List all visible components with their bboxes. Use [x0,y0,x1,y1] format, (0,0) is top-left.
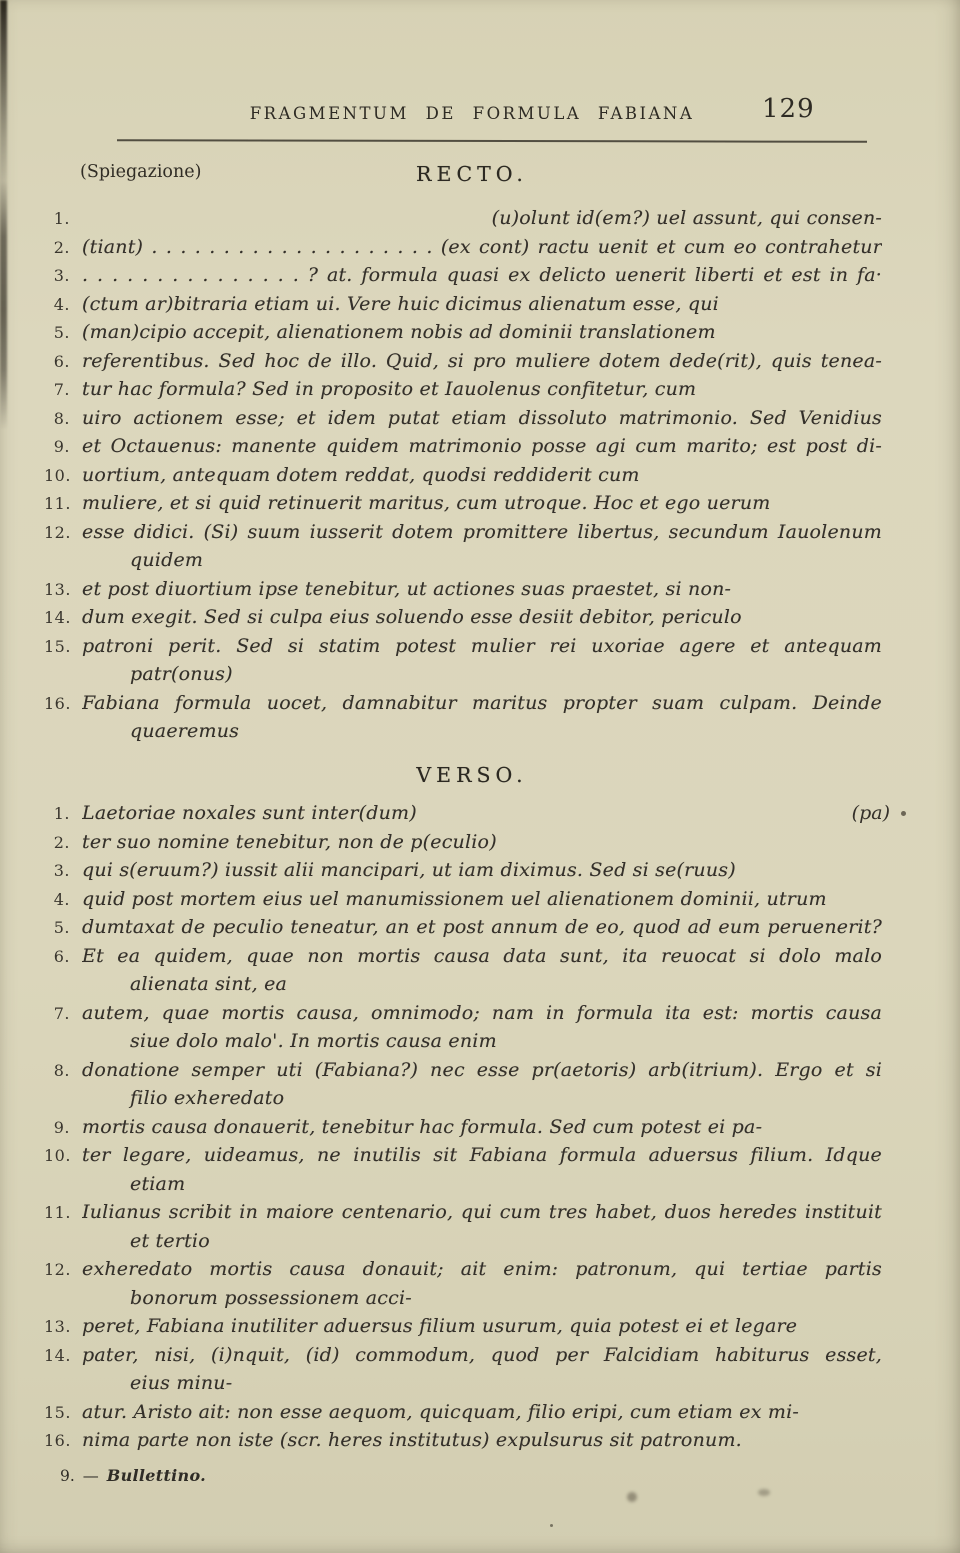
line-text: Fabiana formula uocet, damnabitur maritu… [82,689,882,718]
line-number: 6. [44,348,70,377]
line-number: 9. [44,433,70,462]
recto-text-line: 12. esse didici. (Si) suum iusserit dote… [44,518,890,547]
recto-text-line: 8. uiro actionem esse; et idem putat eti… [44,404,890,433]
footnote-dash: — [83,1466,99,1485]
line-text: dumtaxat de peculio teneatur, an et post… [82,913,882,942]
recto-text-line: 14. dum exegit. Sed si culpa eius soluen… [44,603,890,632]
line-text: peret, Fabiana inutiliter aduersus filiu… [82,1312,882,1341]
line-text: eius minu- [82,1369,882,1398]
recto-text-line: 16. Fabiana formula uocet, damnabitur ma… [44,689,890,718]
recto-text-line: quaeremus [44,717,890,746]
header-rule [117,139,867,143]
line-text: etiam [82,1170,882,1199]
line-number: 9. [44,1114,70,1143]
recto-text-line: 4. (ctum ar)bitraria etiam ui. Vere huic… [44,290,890,319]
line-text: exheredato mortis causa donauit; ait eni… [82,1255,882,1284]
line-text: mortis causa donauerit, tenebitur hac fo… [82,1113,882,1142]
recto-text-line: 10. uortium, antequam dotem reddat, quod… [44,461,890,490]
footnote: 9.—Bullettino. [60,1466,206,1485]
line-text: tur hac formula? Sed in proposito et Iau… [82,375,882,404]
recto-text-line: patr(onus) [44,660,890,689]
recto-text-line: 9. et Octauenus: manente quidem matrimon… [44,432,890,461]
recto-text-line: 7. tur hac formula? Sed in proposito et … [44,375,890,404]
line-text: quaeremus [82,717,882,746]
line-text: (u)olunt id(em?) uel assunt, qui consen- [82,204,882,233]
line-text: atur. Aristo ait: non esse aequom, quicq… [82,1398,882,1427]
recto-lines: 1. (u)olunt id(em?) uel assunt, qui cons… [44,204,890,746]
binding-shadow [0,0,7,430]
line-text: Et ea quidem, quae non mortis causa data… [82,942,882,971]
verso-text-line: 12. exheredato mortis causa donauit; ait… [44,1255,890,1284]
page-number: 129 [762,94,815,124]
line-number: 1. [44,205,70,234]
verso-text-line: 6. Et ea quidem, quae non mortis causa d… [44,942,890,971]
line-text: et tertio [82,1227,882,1256]
line-number: 11. [44,490,70,519]
line-text: (ctum ar)bitraria etiam ui. Vere huic di… [82,290,882,319]
recto-text-line: 11. muliere, et si quid retinuerit marit… [44,489,890,518]
line-text: et post diuortium ipse tenebitur, ut act… [82,575,882,604]
line-number: 1. [44,800,70,829]
recto-text-line: 2. (tiant) . . . . . . . . . . . . . . .… [44,233,890,262]
line-number: 8. [44,1057,70,1086]
recto-text-line: 3. . . . . . . . . . . . . . . . ? at. f… [44,261,890,290]
line-number: 12. [44,1256,70,1285]
verso-text-line: 4. quid post mortem eius uel manumission… [44,885,890,914]
line-text: quid post mortem eius uel manumissionem … [82,885,882,914]
line-text: ter suo nomine tenebitur, non de p(eculi… [82,828,882,857]
verso-text-line: 5. dumtaxat de peculio teneatur, an et p… [44,913,890,942]
line-number: 3. [44,262,70,291]
line-number: 2. [44,234,70,263]
line-number: 12. [44,519,70,548]
verso-text-line: 14. pater, nisi, (i)nquit, (id) commodum… [44,1341,890,1370]
line-number: 13. [44,1313,70,1342]
line-number: 5. [44,914,70,943]
line-text: donatione semper uti (Fabiana?) nec esse… [82,1056,882,1085]
line-number: 14. [44,604,70,633]
line-number: 10. [44,1142,70,1171]
line-text: ter legare, uideamus, ne inutilis sit Fa… [82,1141,882,1170]
line-text: uortium, antequam dotem reddat, quodsi r… [82,461,882,490]
verso-text-line: etiam [44,1170,890,1199]
line-text: muliere, et si quid retinuerit maritus, … [82,489,882,518]
verso-text-line: 1. Laetoriae noxales sunt inter(dum) (pa… [44,799,890,828]
verso-text-line: bonorum possessionem acci- [44,1284,890,1313]
line-text: autem, quae mortis causa, omnimodo; nam … [82,999,882,1028]
recto-text-line: 15. patroni perit. Sed si statim potest … [44,632,890,661]
line-number: 16. [44,690,70,719]
verso-text-line: eius minu- [44,1369,890,1398]
line-text: patr(onus) [82,660,882,689]
line-number: 14. [44,1342,70,1371]
line-number: 15. [44,1399,70,1428]
line-number: 13. [44,576,70,605]
verso-text-line: 10. ter legare, uideamus, ne inutilis si… [44,1141,890,1170]
recto-text-line: 6. referentibus. Sed hoc de illo. Quid, … [44,347,890,376]
line-number: 11. [44,1199,70,1228]
line-text: filio exheredato [82,1084,882,1113]
footnote-text: Bullettino. [107,1466,206,1485]
line-number: 7. [44,376,70,405]
verso-text-line: 3. qui s(eruum?) iussit alii mancipari, … [44,856,890,885]
line-text: pater, nisi, (i)nquit, (id) commodum, qu… [82,1341,882,1370]
line-text: (tiant) . . . . . . . . . . . . . . . . … [82,233,882,262]
verso-text-line: 13. peret, Fabiana inutiliter aduersus f… [44,1312,890,1341]
line-text: bonorum possessionem acci- [82,1284,882,1313]
line-number: 7. [44,1000,70,1029]
recto-text-line: 5. (man)cipio accepit, alienationem nobi… [44,318,890,347]
verso-text-line: 7. autem, quae mortis causa, omnimodo; n… [44,999,890,1028]
recto-heading: RECTO. [0,162,944,186]
line-text: qui s(eruum?) iussit alii mancipari, ut … [82,856,882,885]
verso-text-line: 11. Iulianus scribit in maiore centenari… [44,1198,890,1227]
recto-text-line: 1. (u)olunt id(em?) uel assunt, qui cons… [44,204,890,233]
recto-text-line: quidem [44,546,890,575]
line-number: 5. [44,319,70,348]
line-text: dum exegit. Sed si culpa eius soluendo e… [82,603,882,632]
line-number: 4. [44,886,70,915]
verso-text-line: siue dolo malo'. In mortis causa enim [44,1027,890,1056]
ink-speck [550,1524,553,1527]
line-number: 3. [44,857,70,886]
line-number: 16. [44,1427,70,1456]
line-text: Iulianus scribit in maiore centenario, q… [82,1198,882,1227]
line-text: . . . . . . . . . . . . . . . ? at. form… [82,261,882,290]
line-number: 8. [44,405,70,434]
recto-text-line: 13. et post diuortium ipse tenebitur, ut… [44,575,890,604]
footnote-number: 9. [60,1467,75,1485]
verso-text-line: alienata sint, ea [44,970,890,999]
verso-text-line: et tertio [44,1227,890,1256]
book-page-scan: FRAGMENTUM DE FORMULA FABIANA 129 (Spieg… [0,0,960,1553]
line-text: alienata sint, ea [82,970,882,999]
line-text: siue dolo malo'. In mortis causa enim [82,1027,882,1056]
line-text: uiro actionem esse; et idem putat etiam … [82,404,882,433]
line-text: patroni perit. Sed si statim potest muli… [82,632,882,661]
verso-text-line: 16. nima parte non iste (scr. heres inst… [44,1426,890,1455]
ink-speck [901,811,906,816]
line-number: 6. [44,943,70,972]
line-text: (man)cipio accepit, alienationem nobis a… [82,318,882,347]
ink-speck [758,1489,770,1496]
line-text: referentibus. Sed hoc de illo. Quid, si … [82,347,882,376]
line-text: et Octauenus: manente quidem matrimonio … [82,432,882,461]
verso-text-line: 9. mortis causa donauerit, tenebitur hac… [44,1113,890,1142]
line-number: 10. [44,462,70,491]
line-number: 15. [44,633,70,662]
verso-heading: VERSO. [0,763,944,787]
ink-speck [627,1492,637,1502]
verso-text-line: 2. ter suo nomine tenebitur, non de p(ec… [44,828,890,857]
verso-text-line: 15. atur. Aristo ait: non esse aequom, q… [44,1398,890,1427]
line-number: 4. [44,291,70,320]
line-text: esse didici. (Si) suum iusserit dotem pr… [82,518,882,547]
verso-text-line: 8. donatione semper uti (Fabiana?) nec e… [44,1056,890,1085]
line-number: 2. [44,829,70,858]
line-text: nima parte non iste (scr. heres institut… [82,1426,882,1455]
line-text: Laetoriae noxales sunt inter(dum) [82,799,844,828]
verso-lines: 1. Laetoriae noxales sunt inter(dum) (pa… [44,799,890,1455]
verso-text-line: filio exheredato [44,1084,890,1113]
margin-note: (pa) [844,799,890,828]
line-text: quidem [82,546,882,575]
